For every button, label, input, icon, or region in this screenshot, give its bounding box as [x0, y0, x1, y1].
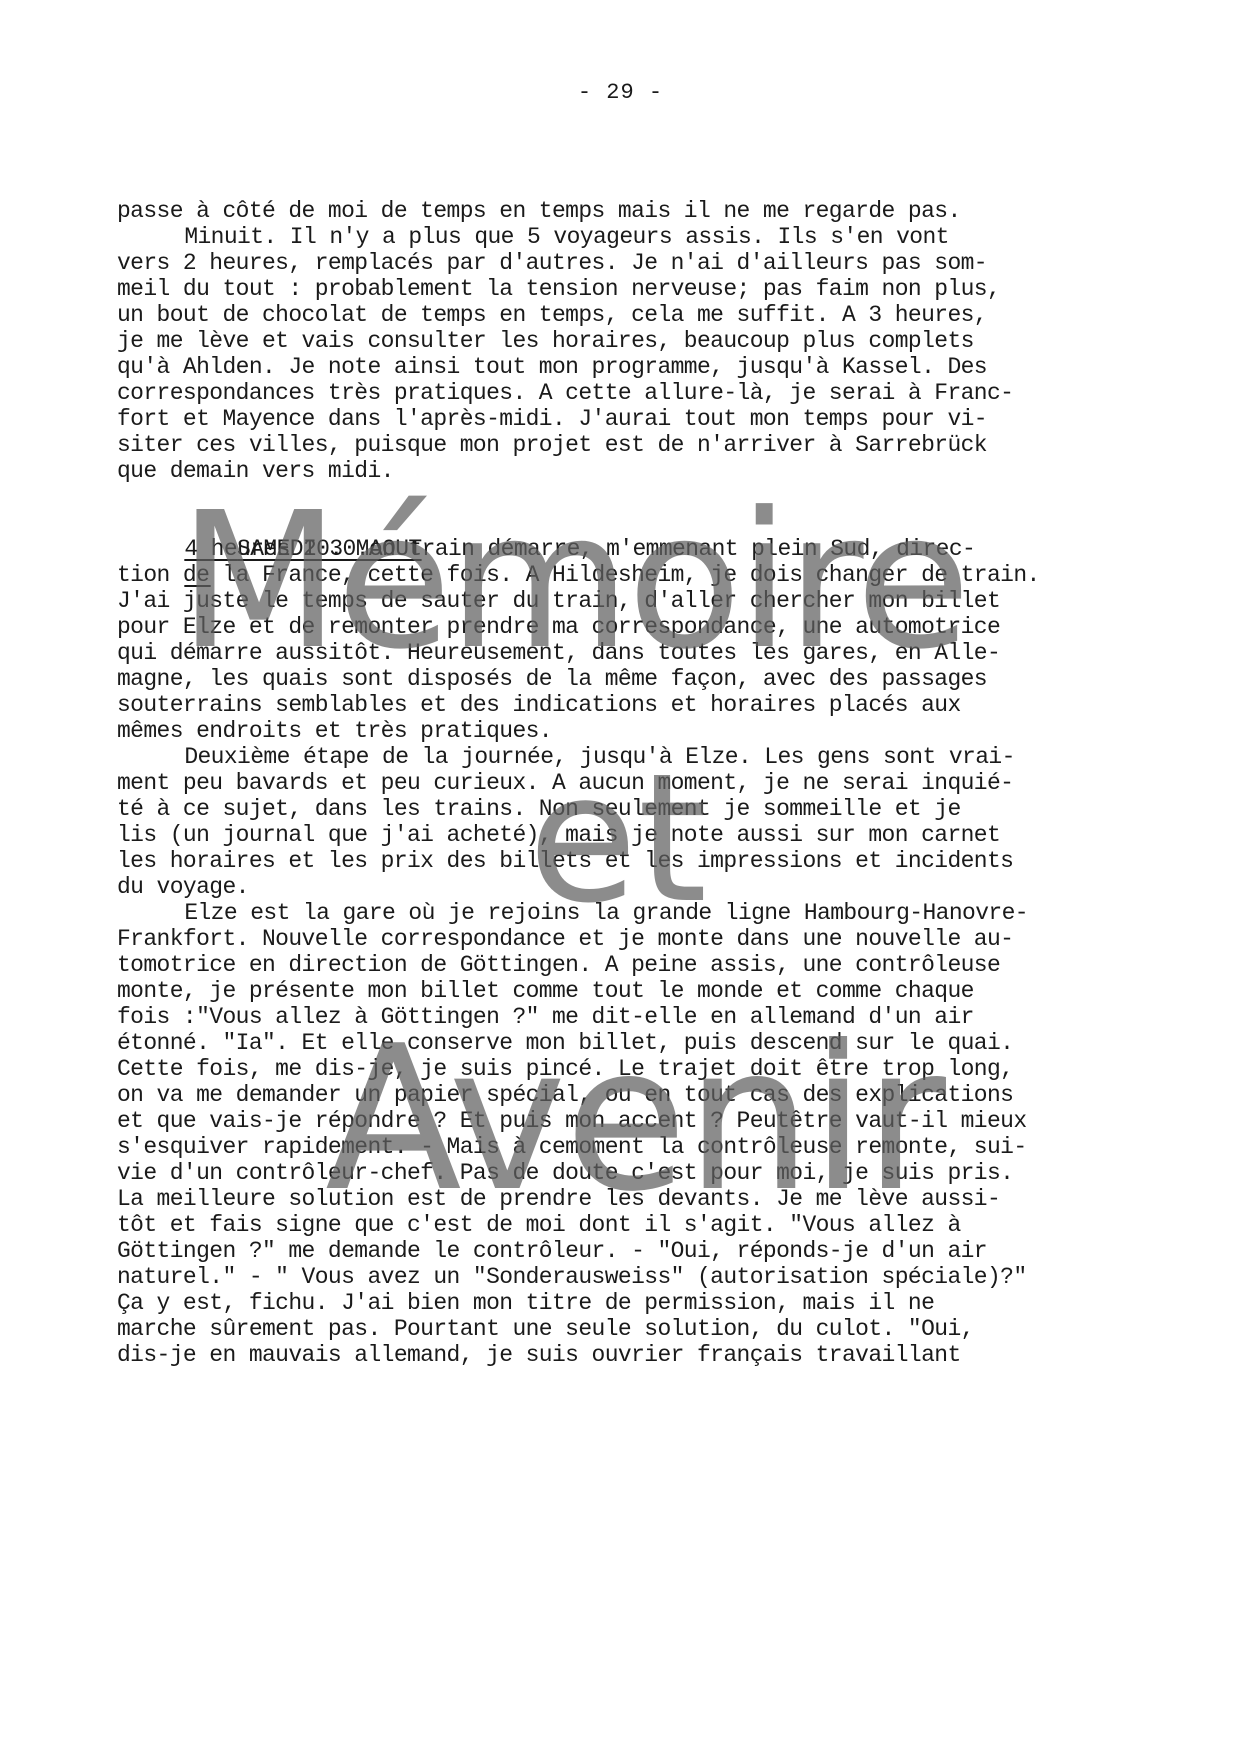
text-line: J'ai juste le temps de sauter du train, …: [117, 588, 1206, 614]
text-line: du voyage.: [117, 874, 1206, 900]
text-line: un bout de chocolat de temps en temps, c…: [117, 302, 1206, 328]
text-line: que demain vers midi.: [117, 458, 1206, 484]
text-line: qu'à Ahlden. Je note ainsi tout mon prog…: [117, 354, 1206, 380]
text-line: fois :"Vous allez à Göttingen ?" me dit-…: [117, 1004, 1206, 1030]
text-line: 4 heures 20. Mon train démarre, m'emmena…: [117, 536, 1206, 562]
text-line: Cette fois, me dis-je, je suis pincé. Le…: [117, 1056, 1206, 1082]
text-line: Ça y est, fichu. J'ai bien mon titre de …: [117, 1290, 1206, 1316]
text-line: Deuxième étape de la journée, jusqu'à El…: [117, 744, 1206, 770]
text-line: La meilleure solution est de prendre les…: [117, 1186, 1206, 1212]
text-line: naturel." - " Vous avez un "Sonderauswei…: [117, 1264, 1206, 1290]
text-line: on va me demander un papier spécial, ou …: [117, 1082, 1206, 1108]
text-line: je me lève et vais consulter les horaire…: [117, 328, 1206, 354]
text-line: lis (un journal que j'ai acheté), mais j…: [117, 822, 1206, 848]
text-line: passe à côté de moi de temps en temps ma…: [117, 198, 1206, 224]
text-line: souterrains semblables et des indication…: [117, 692, 1206, 718]
document-body: passe à côté de moi de temps en temps ma…: [117, 198, 1217, 1368]
text-line: dis-je en mauvais allemand, je suis ouvr…: [117, 1342, 1206, 1368]
text-line: Elze est la gare où je rejoins la grande…: [117, 900, 1206, 926]
paragraph-group-night: passe à côté de moi de temps en temps ma…: [117, 198, 1217, 484]
paragraph-group-saturday: 4 heures 20. Mon train démarre, m'emmena…: [117, 536, 1217, 1368]
text-line: fort et Mayence dans l'après-midi. J'aur…: [117, 406, 1206, 432]
text-line: meil du tout : probablement la tension n…: [117, 276, 1206, 302]
text-line: et que vais-je répondre ? Et puis mon ac…: [117, 1108, 1206, 1134]
text-line: s'esquiver rapidement. - Mais à cemoment…: [117, 1134, 1206, 1160]
text-line: vie d'un contrôleur-chef. Pas de doute c…: [117, 1160, 1206, 1186]
text-line: monte, je présente mon billet comme tout…: [117, 978, 1206, 1004]
text-line: vers 2 heures, remplacés par d'autres. J…: [117, 250, 1206, 276]
text-line: mêmes endroits et très pratiques.: [117, 718, 1206, 744]
text-line: siter ces villes, puisque mon projet est…: [117, 432, 1206, 458]
text-line: marche sûrement pas. Pourtant une seule …: [117, 1316, 1206, 1342]
text-line: étonné. "Ia". Et elle conserve mon bille…: [117, 1030, 1206, 1056]
section-heading-date: SAMEDI 30.AOUT: [117, 510, 1206, 536]
text-line: ment peu bavards et peu curieux. A aucun…: [117, 770, 1206, 796]
text-line: té à ce sujet, dans les trains. Non seul…: [117, 796, 1206, 822]
text-line: Minuit. Il n'y a plus que 5 voyageurs as…: [117, 224, 1206, 250]
text-line: Göttingen ?" me demande le contrôleur. -…: [117, 1238, 1206, 1264]
text-line: tion de la France, cette fois. A Hildesh…: [117, 562, 1206, 588]
text-line: les horaires et les prix des billets et …: [117, 848, 1206, 874]
text-line: tomotrice en direction de Göttingen. A p…: [117, 952, 1206, 978]
section-gap: [117, 484, 1217, 510]
text-line: magne, les quais sont disposés de la mêm…: [117, 666, 1206, 692]
text-line: pour Elze et de remonter prendre ma corr…: [117, 614, 1206, 640]
text-line: tôt et fais signe que c'est de moi dont …: [117, 1212, 1206, 1238]
text-line: Frankfort. Nouvelle correspondance et je…: [117, 926, 1206, 952]
text-line: qui démarre aussitôt. Heureusement, dans…: [117, 640, 1206, 666]
page-number: - 29 -: [0, 80, 1241, 105]
text-line: correspondances très pratiques. A cette …: [117, 380, 1206, 406]
